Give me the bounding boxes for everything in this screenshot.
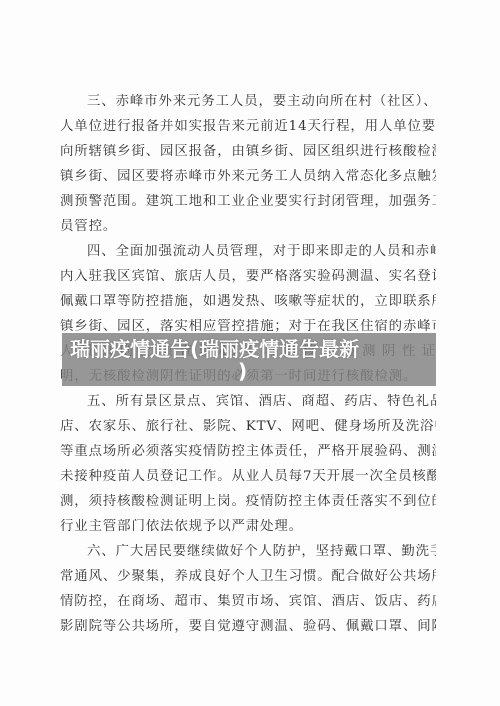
paragraph-4-line-2: 内入驻我区宾馆、旅店人员，要严格落实验码测温、实名登记、 bbox=[60, 269, 436, 285]
paragraph-5-line-5: 测，须持核酸检测证明上岗。疫情防控主体责任落实不到位的由 bbox=[60, 494, 436, 510]
paragraph-5-line-2: 店、农家乐、旅行社、影院、KTV、网吧、健身场所及洗浴中心 bbox=[60, 419, 436, 435]
paragraph-3-line-6: 员管控。 bbox=[60, 219, 436, 235]
paragraph-3-line-4: 镇乡街、园区要将赤峰市外来元务工人员纳入常态化多点触发监 bbox=[60, 169, 436, 185]
paragraph-3-line-1: 三、赤峰市外来元务工人员，要主动向所在村（社区）、用 bbox=[87, 94, 436, 110]
paragraph-3-line-2: 人单位进行报备并如实报告来元前近14天行程，用人单位要及时 bbox=[60, 119, 436, 135]
paragraph-5-line-4: 未接种疫苗人员登记工作。从业人员每7天开展一次全员核酸检 bbox=[60, 469, 436, 485]
paragraph-4-line-1: 四、全面加强流动人员管理，对于即来即走的人员和赤峰市 bbox=[87, 244, 436, 260]
paragraph-6-line-1: 六、广大居民要继续做好个人防护，坚持戴口罩、勤洗手、 bbox=[87, 544, 436, 560]
banner-title-closing: ) bbox=[238, 359, 247, 383]
banner-title: 瑞丽疫情通告(瑞丽疫情通告最新 bbox=[70, 337, 410, 361]
paragraph-6-line-3: 情防控，在商场、超市、集贸市场、宾馆、酒店、饭店、药店、 bbox=[60, 594, 436, 610]
paragraph-4-line-3: 佩戴口罩等防控措施，如遇发热、咳嗽等症状的，立即联系所属 bbox=[60, 294, 436, 310]
paragraph-5-line-3: 等重点场所必须落实疫情防控主体责任，严格开展验码、测温、 bbox=[60, 444, 436, 460]
paragraph-6-line-2: 常通风、少聚集，养成良好个人卫生习惯。配合做好公共场所疫 bbox=[60, 569, 436, 585]
paragraph-6-line-4: 影剧院等公共场所，要自觉遵守测温、验码、佩戴口罩、间隔距 bbox=[60, 619, 436, 635]
paragraph-3-line-5: 测预警范围。建筑工地和工业企业要实行封闭管理，加强务工人 bbox=[60, 194, 436, 210]
paragraph-5-line-1: 五、所有景区景点、宾馆、酒店、商超、药店、特色礼品 bbox=[87, 394, 436, 410]
paragraph-5-line-6: 行业主管部门依法依规予以严肃处理。 bbox=[60, 519, 436, 535]
paragraph-3-line-3: 向所辖镇乡街、园区报备，由镇乡街、园区组织进行核酸检测。 bbox=[60, 144, 436, 160]
